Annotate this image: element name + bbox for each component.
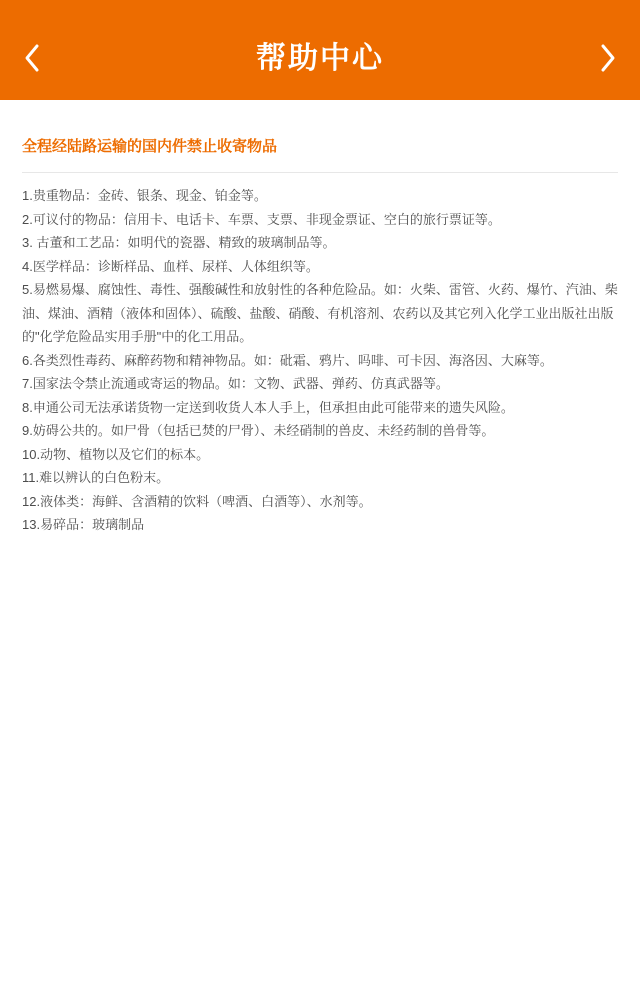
list-item: 3. 古董和工艺品：如明代的瓷器、精致的玻璃制品等。 [22,231,618,255]
page-title: 帮助中心 [256,23,384,77]
list-item: 1.贵重物品：金砖、银条、现金、铂金等。 [22,184,618,208]
chevron-right-icon [599,43,617,73]
list-item: 5.易燃易爆、腐蚀性、毒性、强酸碱性和放射性的各种危险品。如：火柴、雷管、火药、… [22,278,618,349]
header-bar: 帮助中心 [0,0,640,100]
content-panel: 全程经陆路运输的国内件禁止收寄物品 1.贵重物品：金砖、银条、现金、铂金等。 2… [0,100,640,537]
list-item: 11.难以辨认的白色粉末。 [22,466,618,490]
back-button[interactable] [10,36,54,80]
prohibited-items-list: 1.贵重物品：金砖、银条、现金、铂金等。 2.可议付的物品：信用卡、电话卡、车票… [22,173,618,537]
list-item: 9.妨碍公共的。如尸骨（包括已焚的尸骨）、未经硝制的兽皮、未经药制的兽骨等。 [22,419,618,443]
list-item: 2.可议付的物品：信用卡、电话卡、车票、支票、非现金票证、空白的旅行票证等。 [22,208,618,232]
list-item: 12.液体类：海鲜、含酒精的饮料（啤酒、白酒等）、水剂等。 [22,490,618,514]
list-item: 10.动物、植物以及它们的标本。 [22,443,618,467]
help-center-page: 帮助中心 全程经陆路运输的国内件禁止收寄物品 1.贵重物品：金砖、银条、现金、铂… [0,0,640,1000]
forward-button[interactable] [586,36,630,80]
list-item: 7.国家法令禁止流通或寄运的物品。如：文物、武器、弹药、仿真武器等。 [22,372,618,396]
list-item: 6.各类烈性毒药、麻醉药物和精神物品。如：砒霜、鸦片、吗啡、可卡因、海洛因、大麻… [22,349,618,373]
section-title: 全程经陆路运输的国内件禁止收寄物品 [22,100,618,156]
list-item: 8.申通公司无法承诺货物一定送到收货人本人手上，但承担由此可能带来的遗失风险。 [22,396,618,420]
list-item: 13.易碎品：玻璃制品 [22,513,618,537]
list-item: 4.医学样品：诊断样品、血样、尿样、人体组织等。 [22,255,618,279]
chevron-left-icon [23,43,41,73]
